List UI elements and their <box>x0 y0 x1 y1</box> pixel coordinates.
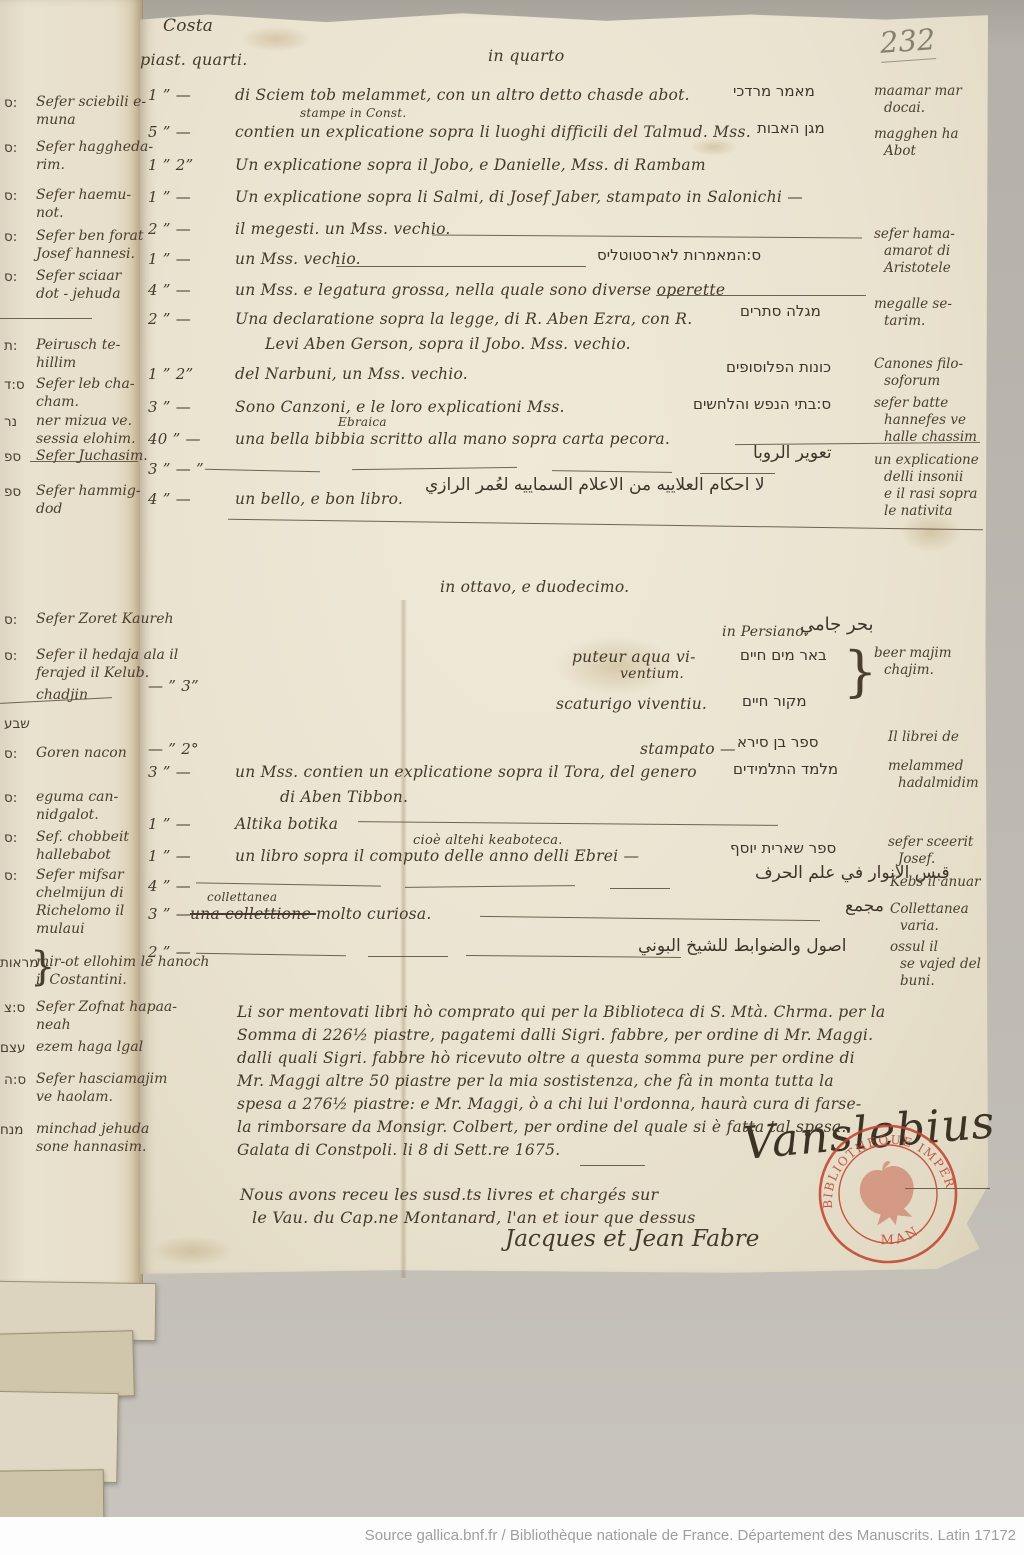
entry-quantity: 1 ” — <box>148 847 191 865</box>
catalog-entry-text: Un explicatione sopra il Jobo, e Daniell… <box>235 156 706 174</box>
interline-note: stampe in Const. <box>300 106 406 120</box>
hebrew-title: מגלה סתרים <box>740 302 821 320</box>
margin-title-text: Sefer haggheda-rim. <box>36 138 153 174</box>
hebrew-letter-mark: עצם <box>0 1040 25 1056</box>
purchase-note-line: Galata di Constpoli. li 8 di Sett.re 167… <box>237 1141 560 1159</box>
entry-quantity: 1 ” — <box>148 815 191 833</box>
ink-rule <box>432 234 862 238</box>
ink-rule <box>196 953 346 957</box>
margin-title-text: Sefer ben foratJosef hannesi. <box>36 227 143 263</box>
margin-annotation: megalle se-tarim. <box>874 296 952 330</box>
margin-title-text: Sefer hammig-dod <box>36 482 141 518</box>
hebrew-title-mekor-chajim: מקור חיים <box>742 692 807 710</box>
entry-quantity: 40 ” — <box>148 430 201 448</box>
hebrew-title: ס:המאמרות לארסטוטליס <box>597 246 761 264</box>
ink-rule <box>205 469 320 472</box>
catalog-entry-text: contien un explicatione sopra li luoghi … <box>235 123 751 141</box>
hebrew-title: מלמד התלמידים <box>733 760 838 778</box>
margin-title-text: Sefer Zofnat hapaa-neah <box>36 998 177 1034</box>
source-caption: Source gallica.bnf.fr / Bibliothèque nat… <box>0 1517 1024 1555</box>
margin-title-text: Sefer hasciamajimve haolam. <box>36 1070 167 1106</box>
hebrew-letter-mark: ס: <box>4 140 17 156</box>
catalog-entry-text: del Narbuni, un Mss. vechio. <box>235 365 468 383</box>
purchase-note-line: spesa a 276½ piastre: e Mr. Maggi, ò a c… <box>237 1095 861 1113</box>
hebrew-letter-mark: ס: <box>4 868 17 884</box>
margin-annotation: ossul ilse vajed delbuni. <box>890 939 981 990</box>
entry-quantity: 3 ” — <box>148 763 191 781</box>
hebrew-title: כונות הפלוסופים <box>726 358 831 376</box>
margin-title-text: Sefer Zoret Kaureh <box>36 610 174 628</box>
margin-title-text: Sefer Juchasim. <box>36 447 148 465</box>
margin-title-text: Sefer haemu-not. <box>36 186 131 222</box>
margin-title-text: Peirusch te-hillim <box>36 336 120 372</box>
hebrew-letter-mark: ס:צ <box>4 1000 25 1016</box>
persian-arabic-title: بحر جامي <box>800 614 874 635</box>
margin-title-text: Sefer sciaardot - jehuda <box>36 267 121 303</box>
hebrew-title: ספר שארית יוסף <box>730 839 836 857</box>
margin-annotation: sefer sceeritJosef. <box>888 834 973 868</box>
purchase-note-line: Mr. Maggi altre 50 piastre per la mia so… <box>237 1072 834 1090</box>
hebrew-letter-mark: ספ <box>4 449 21 465</box>
ink-rule <box>368 956 448 957</box>
hebrew-title: ס:בתי הנפש והלחשים <box>693 395 831 413</box>
entry-quantity: 2 ” — <box>148 220 191 238</box>
hebrew-title: מאמר מרדכי <box>733 82 815 100</box>
interline-note: cioè altehi keaboteca. <box>413 833 563 848</box>
catalog-entry-text: un Mss. e legatura grossa, nella quale s… <box>235 281 725 299</box>
section-heading-quarto: in quarto <box>488 46 565 65</box>
ink-rule <box>610 888 670 889</box>
catalog-entry-text: Un explicatione sopra li Salmi, di Josef… <box>235 188 803 206</box>
margin-title-text: Sefer mifsarchelmijun diRichelomo ilmula… <box>36 866 124 938</box>
purchase-note-line: Somma di 226½ piastre, pagatemi dalli Si… <box>237 1026 873 1044</box>
margin-title-text: Sefer sciebili e-muna <box>36 93 146 129</box>
entry-quantity: 3 ” — ” <box>148 460 204 478</box>
hebrew-letter-mark: ס:ה <box>4 1072 26 1088</box>
ink-rule <box>352 467 517 470</box>
entry-quantity: 1 ” — <box>148 86 191 104</box>
purchase-note-line: dalli quali Sigri. fabbre hò ricevuto ol… <box>237 1049 855 1067</box>
margin-annotation: maamar mardocai. <box>874 83 962 117</box>
catalog-entry-text: di Sciem tob melammet, con un altro dett… <box>235 86 690 104</box>
folio-number: 232 <box>879 22 937 63</box>
hebrew-title: ספר בן סירא <box>737 733 818 751</box>
margin-annotation: sefer battehannefes vehalle chassim <box>874 395 977 446</box>
catalog-entry-text: Altika botika <box>235 815 338 833</box>
entry-quantity: 4 ” — <box>148 490 191 508</box>
margin-annotation: Kebs il anuar <box>890 874 980 891</box>
margin-title-text: mir-ot ellohim le hanochil Costantini. <box>36 953 209 989</box>
margin-title-text: ner mizua ve.sessia elohim. <box>36 412 136 448</box>
ink-rule <box>700 473 775 474</box>
entry-quantity: 5 ” — <box>148 123 191 141</box>
entry-quantity: — ” 2° <box>148 740 199 758</box>
persian-gloss-1: puteur aqua vi- <box>572 648 696 666</box>
costa-note: Costa <box>163 16 213 36</box>
margin-title-text: Sef. chobbeithallebabot <box>36 828 129 864</box>
entry-quantity: 1 ” 2” <box>148 365 193 383</box>
ink-rule <box>405 885 575 888</box>
grouping-brace: } <box>843 640 877 703</box>
price-column-header: piast. quarti. <box>140 50 248 69</box>
ink-rule <box>552 470 672 473</box>
hebrew-letter-mark: ת: <box>4 338 17 354</box>
hebrew-letter-mark: ס: <box>4 188 17 204</box>
hebrew-letter-mark: שבע <box>4 716 30 732</box>
page-content: Costa piast. quarti. in quarto 232 in ot… <box>0 0 1024 1517</box>
catalog-entry-text: Sono Canzoni, e le loro explicationi Mss… <box>235 398 565 416</box>
hebrew-title: מגן האבות <box>757 119 825 137</box>
ink-rule <box>196 882 381 886</box>
arabic-title: لا احكام العلاييه من الاعلام السماييه لع… <box>425 475 765 495</box>
purchase-note-line: Li sor mentovati libri hò comprato qui p… <box>237 1003 885 1021</box>
hebrew-letter-mark: ס: <box>4 95 17 111</box>
catalog-entry-text2: di Aben Tibbon. <box>280 788 408 806</box>
persian-gloss-2: scaturigo viventiu. <box>556 695 707 713</box>
struck-text: una collettione <box>190 905 316 923</box>
catalog-entry-text: stampato — <box>640 740 736 758</box>
margin-annotation: beer majimchajim. <box>874 645 952 679</box>
ink-rule <box>0 318 92 319</box>
hebrew-letter-mark: מנח <box>0 1122 23 1138</box>
ink-rule <box>656 295 866 296</box>
catalog-entry-text: un bello, e bon libro. <box>235 490 403 508</box>
manuscript-scan: Costa piast. quarti. in quarto 232 in ot… <box>0 0 1024 1555</box>
margin-annotation: Canones filo-soforum <box>874 356 963 390</box>
arabic-title: مجمع <box>845 896 884 916</box>
hebrew-letter-mark: ס:ד <box>4 377 25 393</box>
ink-rule <box>336 266 586 267</box>
persian-gloss-1b: ventium. <box>620 666 684 682</box>
ink-rule <box>358 821 778 826</box>
margin-title-text: Sefer il hedaja ala ilferajed il Kelub. <box>36 646 178 682</box>
arabic-title: اصول والضوابط للشيخ البوني <box>638 936 847 956</box>
fabre-signature: Jacques et Jean Fabre <box>505 1226 759 1252</box>
margin-annotation: un explicationedelli insoniie il rasi so… <box>874 452 979 520</box>
ink-rule <box>228 519 983 531</box>
entry-quantity: 2 ” — <box>148 310 191 328</box>
catalog-entry-text: il megesti. un Mss. vechio. <box>235 220 451 238</box>
ink-rule <box>30 461 138 462</box>
receipt-note-line: le Vau. du Cap.ne Montanard, l'an et iou… <box>252 1208 696 1227</box>
persiano-label: in Persiano. <box>722 624 808 640</box>
catalog-entry-text: una bella bibbia scritto alla mano sopra… <box>235 430 670 448</box>
margin-annotation: melammedhadalmidim <box>888 758 979 792</box>
entry-quantity: 3 ” — <box>148 905 191 923</box>
entry-quantity: 1 ” 2” <box>148 156 193 174</box>
purchase-note-line: la rimborsare da Monsigr. Colbert, per o… <box>237 1118 847 1136</box>
margin-title-text: eguma can-nidgalot. <box>36 788 118 824</box>
hebrew-letter-mark: ס: <box>4 612 17 628</box>
receipt-note-line: Nous avons receu les susd.ts livres et c… <box>240 1185 658 1204</box>
arabic-title: تعوير الروبا <box>753 443 832 463</box>
interline-note: collettanea <box>207 890 277 904</box>
eagle-stamp-icon <box>854 1156 922 1231</box>
hebrew-title-beer-majim: באר מים חיים <box>740 646 827 664</box>
margin-annotation: magghen haAbot <box>874 126 959 160</box>
entry-quantity: 1 ” — <box>148 250 191 268</box>
margin-annotation: Collettaneavaria. <box>890 901 969 935</box>
ink-rule <box>480 916 820 921</box>
hebrew-letter-mark: נר <box>4 414 17 430</box>
svg-text:MAN.: MAN. <box>876 1218 930 1252</box>
hebrew-letter-mark: מראות <box>0 955 38 971</box>
margin-title-text: Goren nacon <box>36 744 127 762</box>
hebrew-letter-mark: ס: <box>4 746 17 762</box>
gallica-caption-bar: Source gallica.bnf.fr / Bibliothèque nat… <box>0 1517 1024 1555</box>
hebrew-letter-mark: ס: <box>4 830 17 846</box>
entry-quantity: 3 ” — <box>148 398 191 416</box>
margin-title-text: ezem haga lgal <box>36 1038 143 1056</box>
catalog-entry-text: una collettione molto curiosa. <box>190 905 432 923</box>
stamp-bottom-text: MAN. <box>876 1218 930 1252</box>
margin-annotation: sefer hama-amarot diAristotele <box>874 226 955 277</box>
hebrew-letter-mark: ס: <box>4 648 17 664</box>
catalog-entry-text: un libro sopra il computo delle anno del… <box>235 847 639 865</box>
entry-quantity: 4 ” — <box>148 877 191 895</box>
hebrew-letter-mark: ס: <box>4 790 17 806</box>
catalog-entry-text: Una declaratione sopra la legge, di R. A… <box>235 310 692 328</box>
entry-quantity: 4 ” — <box>148 281 191 299</box>
catalog-entry-text: un Mss. contien un explicatione sopra il… <box>235 763 697 781</box>
hebrew-letter-mark: ס: <box>4 229 17 245</box>
interline-note: Ebraica <box>338 415 387 429</box>
margin-title-text: Sefer leb cha-cham. <box>36 375 135 411</box>
margin-title-text: minchad jehudasone hannasim. <box>36 1120 149 1156</box>
section-heading-ottavo: in ottavo, e duodecimo. <box>440 578 629 596</box>
entry-quantity: 1 ” — <box>148 188 191 206</box>
ink-rule <box>580 1165 645 1166</box>
catalog-entry-text2: Levi Aben Gerson, sopra il Jobo. Mss. ve… <box>265 335 631 353</box>
hebrew-letter-mark: ספ <box>4 484 21 500</box>
hebrew-letter-mark: ס: <box>4 269 17 285</box>
margin-annotation: Il librei de <box>888 729 959 746</box>
